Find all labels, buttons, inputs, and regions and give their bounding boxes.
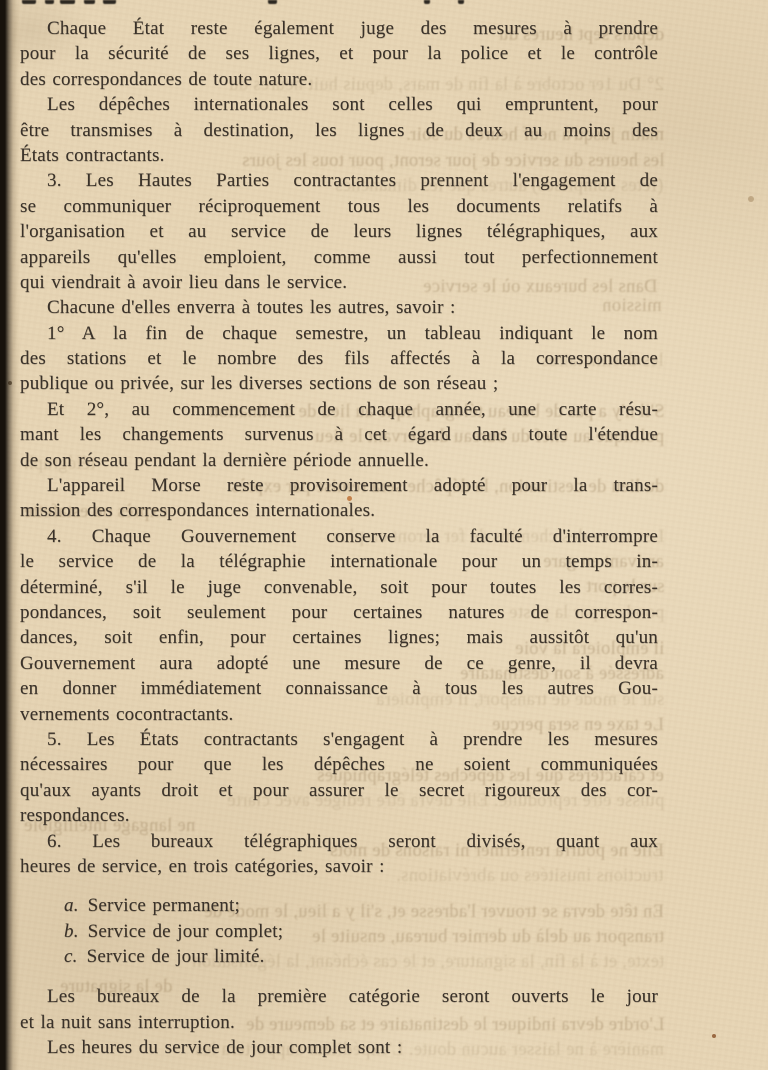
text-line: se communiquer réciproquement tous les d… bbox=[20, 194, 658, 219]
text-line: Les bureaux de la première catégorie ser… bbox=[20, 984, 658, 1009]
text-line: respondances. bbox=[20, 803, 658, 828]
paragraph-gap bbox=[20, 969, 658, 984]
list-item-marker: a. bbox=[64, 895, 88, 916]
cropped-header-remnant bbox=[458, 0, 464, 4]
text-line: en donner immédiatement connaissance à t… bbox=[20, 676, 658, 701]
list-item-label: Service de jour limité. bbox=[87, 946, 265, 967]
list-item: a.Service permanent; bbox=[20, 893, 658, 918]
text-line: pondances, soit seulement pour certaines… bbox=[20, 600, 658, 625]
text-line: 6. Les bureaux télégraphiques seront div… bbox=[20, 829, 658, 854]
paper-speck bbox=[347, 496, 352, 501]
list-item-marker: c. bbox=[64, 946, 87, 967]
text-line: Gouvernement aura adopté une mesure de c… bbox=[20, 651, 658, 676]
text-line: qu'aux ayants droit et pour assurer le s… bbox=[20, 778, 658, 803]
text-line: heures de service, en trois catégories, … bbox=[20, 854, 658, 879]
cropped-header-remnant bbox=[103, 0, 116, 4]
text-line: 3. Les Hautes Parties contractantes pren… bbox=[20, 168, 658, 193]
text-line: pour la sécurité de ses lignes, et pour … bbox=[20, 41, 658, 66]
text-line: appareils qu'elles emploient, comme auss… bbox=[20, 245, 658, 270]
text-line: mant les changements survenus à cet égar… bbox=[20, 422, 658, 447]
text-line: 5. Les États contractants s'engagent à p… bbox=[20, 727, 658, 752]
text-line: Chacune d'elles enverra à toutes les aut… bbox=[20, 295, 658, 320]
text-line: 1° A la fin de chaque semestre, un table… bbox=[20, 321, 658, 346]
cropped-header-remnant bbox=[84, 0, 95, 4]
text-line: vernements cocontractants. bbox=[20, 702, 658, 727]
list-item-marker: b. bbox=[64, 921, 88, 942]
text-line: Chaque État reste également juge des mes… bbox=[20, 16, 658, 41]
text-line: qui viendrait à avoir lieu dans le servi… bbox=[20, 270, 658, 295]
text-line: Les heures du service de jour complet so… bbox=[20, 1035, 658, 1060]
paper-speck bbox=[748, 196, 754, 202]
text-line: déterminé, s'il le juge convenable, soit… bbox=[20, 575, 658, 600]
cropped-header-remnant bbox=[22, 0, 36, 4]
paper-speck bbox=[8, 381, 12, 385]
text-line: publique ou privée, sur les diverses sec… bbox=[20, 371, 658, 396]
list-item-label: Service permanent; bbox=[88, 895, 240, 916]
text-column: Chaque État reste également juge des mes… bbox=[20, 16, 658, 1061]
book-page: depuis sept heures du2° Du 1er octobre à… bbox=[0, 0, 768, 1070]
text-line: nécessaires pour que les dépêches ne soi… bbox=[20, 752, 658, 777]
binding-gutter-shadow bbox=[0, 0, 20, 1070]
list-item-label: Service de jour complet; bbox=[88, 921, 284, 942]
text-line: l'organisation et au service de leurs li… bbox=[20, 219, 658, 244]
text-line: et la nuit sans interruption. bbox=[20, 1010, 658, 1035]
cropped-header-remnant bbox=[424, 0, 430, 4]
list-item: c.Service de jour limité. bbox=[20, 944, 658, 969]
text-line: des correspondances de toute nature. bbox=[20, 67, 658, 92]
cropped-header-remnant bbox=[45, 0, 54, 4]
list-item: b.Service de jour complet; bbox=[20, 919, 658, 944]
text-line: 4. Chaque Gouvernement conserve la facul… bbox=[20, 524, 658, 549]
text-line: dances, soit enfin, pour certaines ligne… bbox=[20, 625, 658, 650]
text-line: États contractants. bbox=[20, 143, 658, 168]
text-line: des stations et le nombre des fils affec… bbox=[20, 346, 658, 371]
text-line: être transmises à destination, les ligne… bbox=[20, 118, 658, 143]
text-line: le service de la télégraphie internation… bbox=[20, 549, 658, 574]
text-line: Les dépêches internationales sont celles… bbox=[20, 92, 658, 117]
text-line: Et 2°, au commencement de chaque année, … bbox=[20, 397, 658, 422]
cropped-header-remnant bbox=[268, 0, 277, 4]
paper-speck bbox=[712, 1034, 716, 1038]
cropped-header-remnant bbox=[60, 0, 75, 4]
text-line: de son réseau pendant la dernière périod… bbox=[20, 448, 658, 473]
text-line: mission des correspondances internationa… bbox=[20, 498, 658, 523]
paragraph-gap bbox=[20, 879, 658, 893]
text-line: L'appareil Morse reste provisoirement ad… bbox=[20, 473, 658, 498]
